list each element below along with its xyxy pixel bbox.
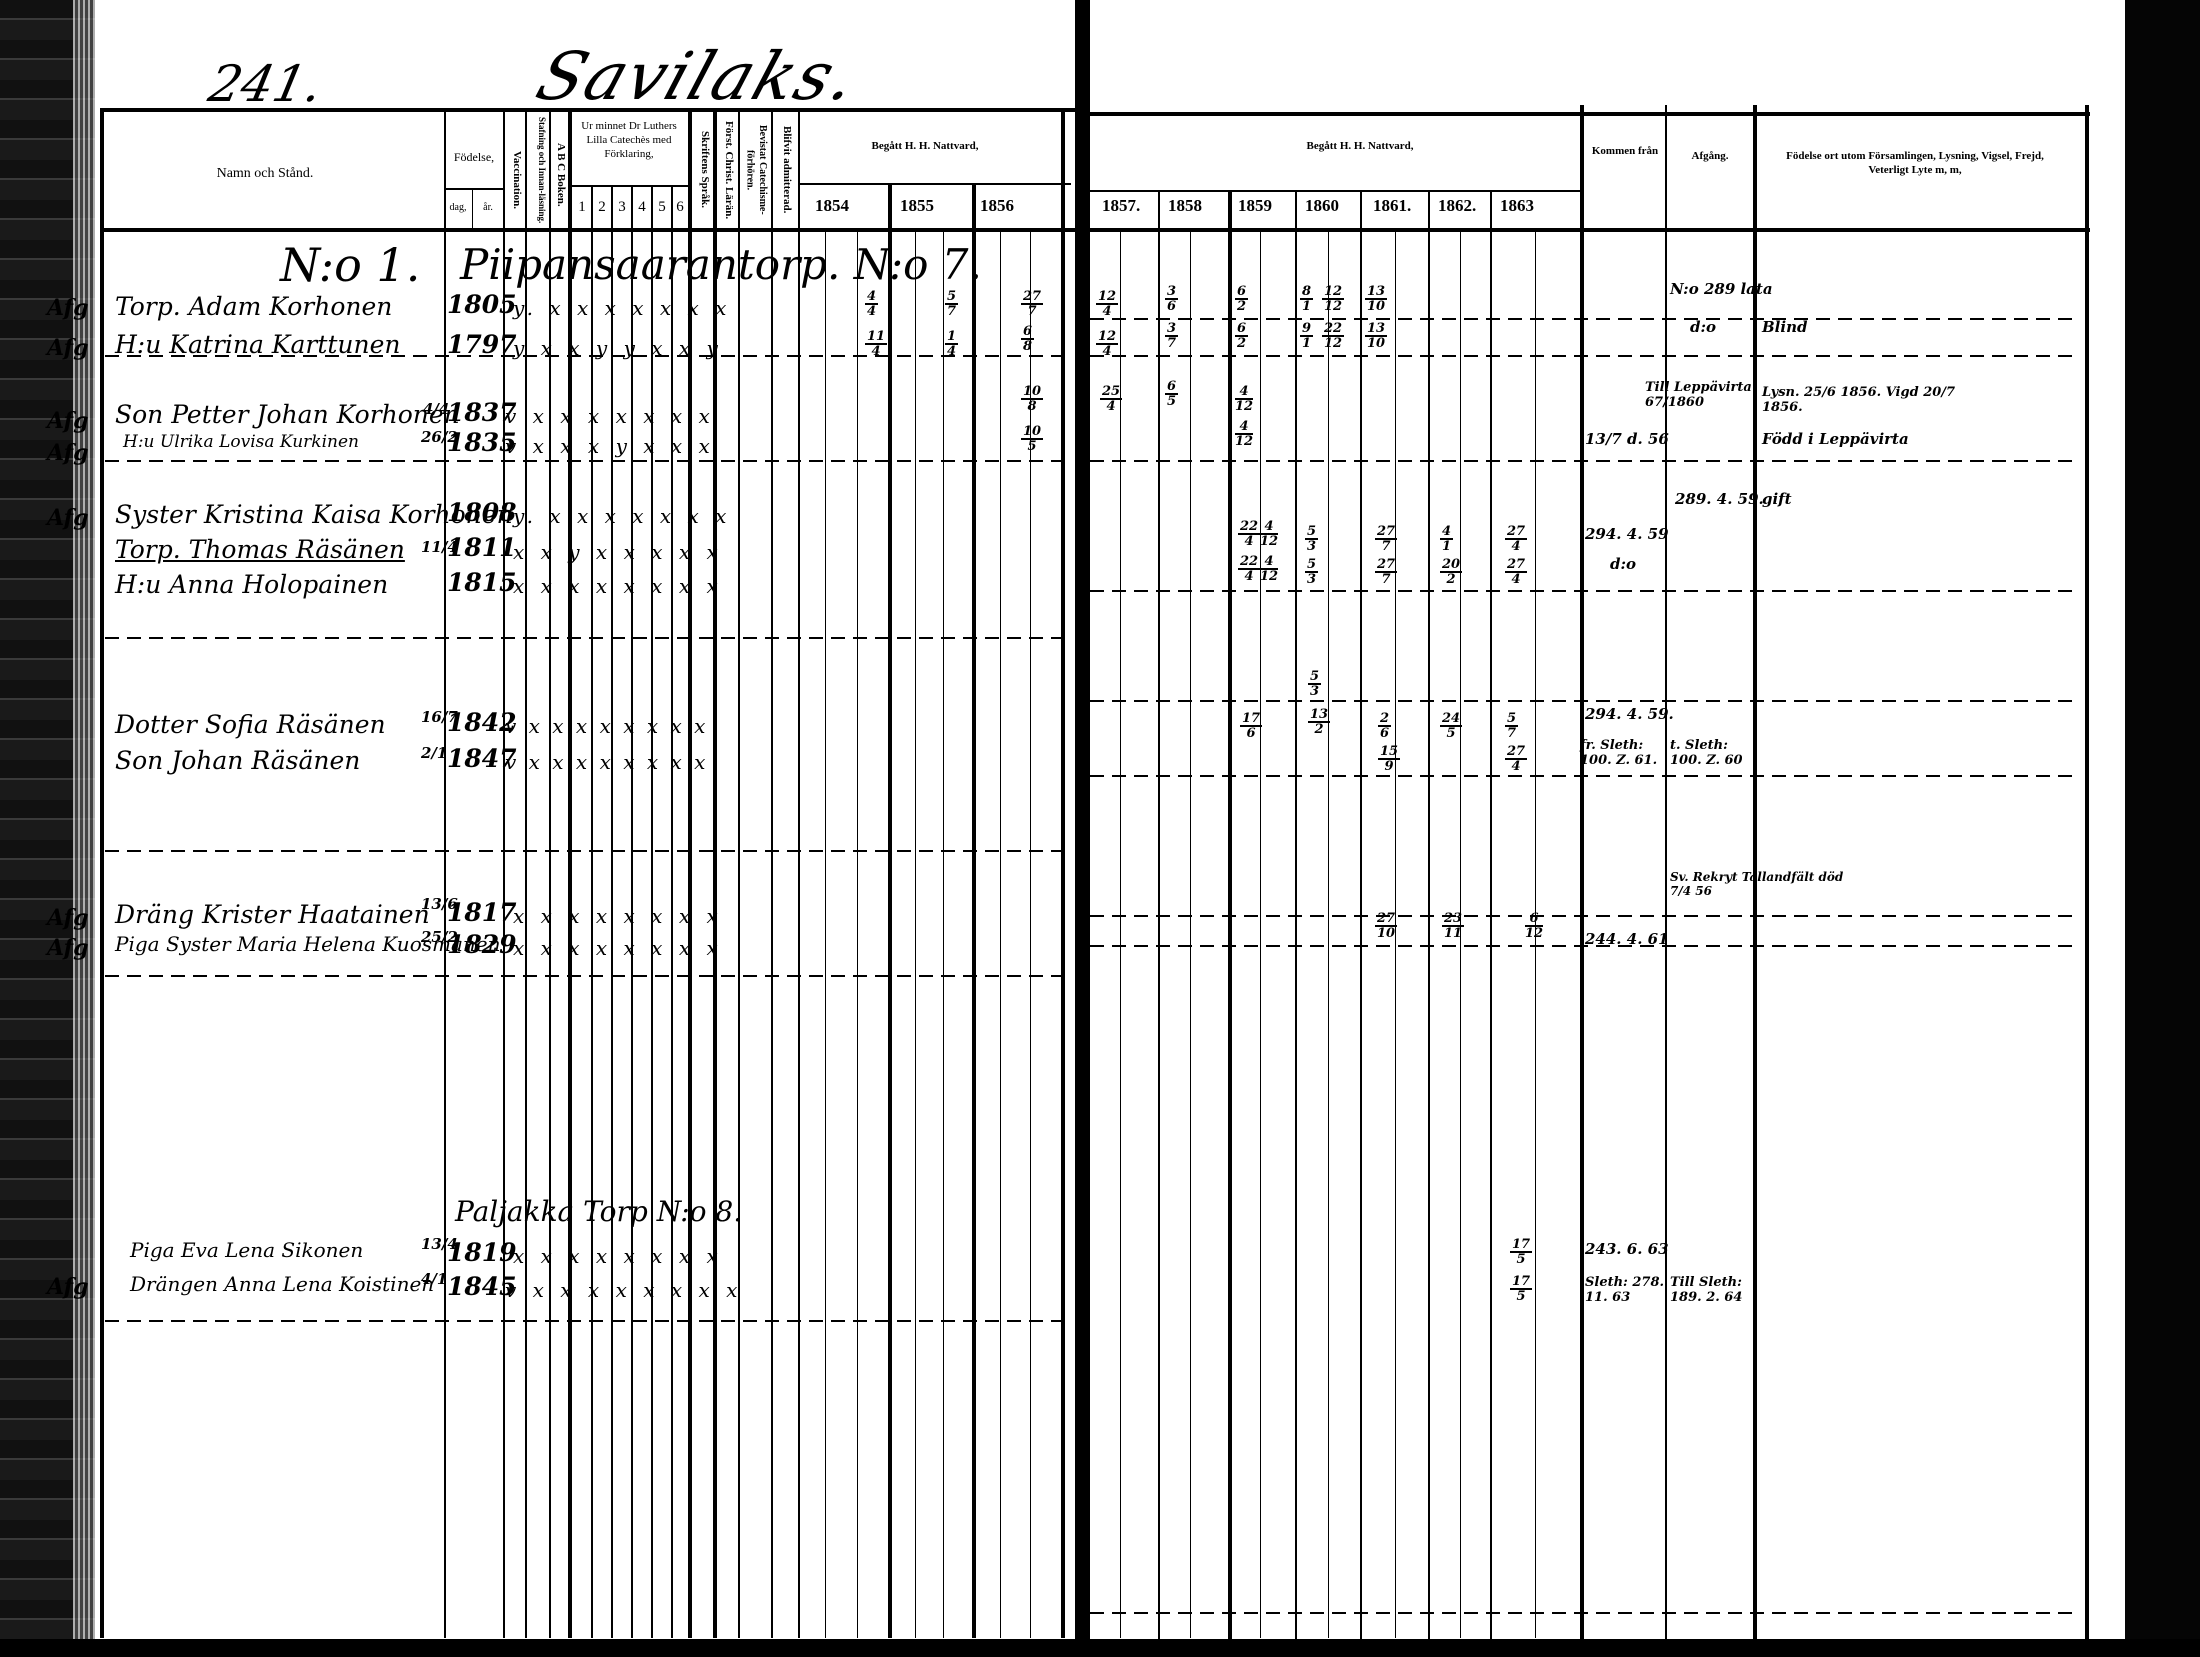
col-rule	[888, 183, 892, 1638]
page-right-rule	[2085, 105, 2089, 1640]
communion-date: 53	[1308, 670, 1321, 698]
member-name: H:u Ulrika Lovisa Kurkinen	[123, 432, 359, 452]
departure-entry: Sv. Rekryt Tallandfält död 7/4 56	[1670, 870, 1850, 898]
col-rule	[1190, 230, 1191, 1638]
communion-date: 68	[1021, 325, 1034, 353]
header-rule	[799, 183, 1071, 185]
page-right-rule	[1061, 108, 1065, 1638]
departure-entry: t. Sleth: 100. Z. 60	[1670, 738, 1755, 768]
margin-note: Afg	[47, 295, 89, 321]
communion-date: 1310	[1365, 285, 1387, 313]
communion-year-1856: 1856	[980, 196, 1014, 216]
member-birth-day: 4/4	[423, 400, 449, 418]
communion-year-1863: 1863	[1500, 196, 1534, 216]
member-marks: y x x y y x x y	[513, 336, 723, 360]
row-rule	[105, 975, 1065, 977]
departure-entry: 289. 4. 59.	[1675, 490, 1764, 508]
departure-entry: Till Leppävirta 67/1860	[1645, 380, 1760, 410]
communion-year-1859: 1859	[1238, 196, 1272, 216]
communion-date: 176	[1240, 712, 1262, 740]
margin-note: Afg	[47, 935, 89, 961]
col-rule	[798, 108, 800, 1638]
communion-date: 412	[1260, 555, 1278, 583]
header-first-christian: Först. Christ. Lärän.	[717, 115, 735, 225]
catechism-part-2: 2	[593, 198, 611, 217]
header-abc-book: A B C Boken.	[551, 125, 567, 225]
scanner-edge-left	[0, 0, 95, 1657]
communion-date: 1212	[1322, 285, 1344, 313]
header-top-rule	[1090, 112, 2090, 116]
member-birth-day: 2/1	[421, 744, 447, 762]
communion-date: 254	[1100, 385, 1122, 413]
book-gutter	[1075, 0, 1090, 1657]
col-rule	[738, 108, 740, 1638]
communion-date: 65	[1165, 380, 1178, 408]
left-margin-rule	[100, 108, 104, 1638]
col-rule	[444, 108, 446, 1638]
communion-year-1862: 1862.	[1438, 196, 1476, 216]
catechism-part-5: 5	[653, 198, 671, 217]
row-rule	[1090, 355, 2080, 357]
remarks-entry: Lysn. 25/6 1856. Vigd 20/7 1856.	[1762, 385, 1962, 415]
header-admitted: Blifvit admitterad.	[775, 115, 793, 225]
header-communion-right: Begått H. H. Nattvard,	[1210, 140, 1510, 154]
arrived-entry: fr. Sleth: 100. Z. 61.	[1580, 738, 1665, 768]
col-rule	[472, 188, 473, 228]
member-name: Torp. Thomas Räsänen	[115, 535, 405, 564]
member-birth-year: 1805	[447, 290, 517, 319]
remarks-entry: gift	[1762, 490, 1792, 508]
communion-year-1857: 1857.	[1102, 196, 1140, 216]
member-marks: x x x x x x x x	[513, 574, 723, 598]
communion-date: 124	[1096, 290, 1118, 318]
communion-date: 245	[1440, 712, 1462, 740]
communion-year-1854: 1854	[815, 196, 849, 216]
communion-date: 2710	[1375, 912, 1397, 940]
member-name: Drängen Anna Lena Koistinen	[130, 1272, 434, 1296]
communion-date: 62	[1235, 322, 1248, 350]
communion-date: 53	[1305, 525, 1318, 553]
communion-date: 124	[1096, 330, 1118, 358]
header-rule	[445, 188, 503, 190]
catechism-part-6: 6	[672, 198, 688, 217]
communion-date: 37	[1165, 322, 1178, 350]
member-marks: v x x x x x x x	[505, 404, 715, 428]
arrived-entry: d:o	[1610, 555, 1636, 573]
margin-note: Afg	[47, 408, 89, 434]
member-name: Dräng Krister Haatainen	[115, 900, 430, 929]
header-name-and-status: Namn och Stånd.	[145, 165, 385, 183]
member-birth-year: 1817	[447, 898, 517, 927]
member-birth-year: 1797	[447, 330, 517, 359]
row-rule	[1090, 1612, 2080, 1614]
communion-date: 57	[945, 290, 958, 318]
arrived-entry: 244. 4. 61	[1585, 930, 1669, 948]
communion-year-1858: 1858	[1168, 196, 1202, 216]
farm-name: Paljakka Torp N:o 8.	[455, 1195, 742, 1228]
header-top-rule	[100, 108, 1075, 112]
member-marks: y. x x x x x x x	[513, 504, 731, 528]
header-remarks: Födelse ort utom Församlingen, Lysning, …	[1770, 150, 2060, 178]
col-rule	[1000, 230, 1001, 1638]
margin-note: Afg	[47, 1274, 89, 1300]
member-marks: v x x x x x x x x	[505, 750, 708, 774]
col-rule	[825, 230, 826, 1638]
remarks-entry: Född i Leppävirta	[1762, 430, 1909, 448]
row-rule	[1090, 460, 2080, 462]
header-rule	[1090, 190, 1580, 192]
departure-entry: d:o	[1690, 318, 1716, 336]
remarks-entry: Blind	[1762, 318, 1807, 336]
member-marks: x x x x x x x x	[513, 1244, 723, 1268]
communion-date: 41	[1440, 525, 1453, 553]
communion-date: 277	[1375, 525, 1397, 553]
communion-date: 108	[1021, 385, 1043, 413]
col-rule	[915, 230, 916, 1638]
header-bottom-rule	[1090, 228, 2090, 232]
margin-note: Afg	[47, 335, 89, 361]
member-name: Son Petter Johan Korhonen	[115, 400, 460, 429]
margin-note: Afg	[47, 505, 89, 531]
communion-date: 412	[1260, 520, 1278, 548]
member-name: H:u Katrina Karttunen	[115, 330, 401, 359]
header-scripture: Skriftens Språk.	[693, 115, 711, 225]
col-rule	[943, 230, 944, 1638]
communion-date: 274	[1505, 745, 1527, 773]
communion-date: 277	[1021, 290, 1043, 318]
communion-date: 53	[1305, 558, 1318, 586]
communion-date: 105	[1021, 425, 1043, 453]
communion-date: 175	[1510, 1238, 1532, 1266]
member-birth-year: 1819	[447, 1238, 517, 1267]
communion-date: 1310	[1365, 322, 1387, 350]
communion-date: 274	[1505, 525, 1527, 553]
catechism-part-1: 1	[573, 198, 591, 217]
col-rule	[1328, 230, 1329, 1638]
member-name: Piga Eva Lena Sikonen	[130, 1238, 363, 1262]
arrived-entry: 294. 4. 59	[1585, 525, 1669, 543]
margin-note: Afg	[47, 905, 89, 931]
communion-date: 224	[1238, 555, 1260, 583]
row-rule	[105, 850, 1065, 852]
member-birth-year: 1829	[447, 930, 517, 959]
communion-date: 36	[1165, 285, 1178, 313]
member-marks: x x x x x x x x	[513, 936, 723, 960]
catechism-part-4: 4	[633, 198, 651, 217]
member-name: Dotter Sofia Räsänen	[115, 710, 386, 739]
communion-date: 612	[1525, 912, 1543, 940]
header-birth-year: år.	[475, 202, 501, 215]
farm-name: Piipansaarantorp. N:o 7.	[460, 240, 982, 289]
communion-date: 2212	[1322, 322, 1344, 350]
communion-date: 175	[1510, 1275, 1532, 1303]
communion-date: 224	[1238, 520, 1260, 548]
member-marks: v x x x x x x x x	[505, 714, 708, 738]
arrived-entry: Sleth: 278. 11. 63	[1585, 1275, 1665, 1305]
row-rule	[1090, 915, 2080, 917]
member-marks: y. x x x x x x x	[513, 296, 731, 320]
communion-date: 26	[1378, 712, 1391, 740]
communion-year-1860: 1860	[1305, 196, 1339, 216]
col-rule	[1120, 230, 1121, 1638]
communion-date: 132	[1308, 708, 1330, 736]
col-rule	[1260, 230, 1261, 1638]
row-rule	[1090, 700, 2080, 702]
header-vaccination: Vaccination.	[505, 135, 523, 225]
member-name: Torp. Adam Korhonen	[115, 292, 392, 321]
communion-date: 412	[1235, 385, 1253, 413]
member-marks: x x y x x x x x	[513, 540, 723, 564]
member-name: Son Johan Räsänen	[115, 746, 360, 775]
header-bottom-rule	[100, 228, 1075, 232]
header-departure: Afgång.	[1670, 150, 1750, 164]
scanner-edge-bottom	[0, 1639, 2200, 1657]
col-rule	[972, 183, 976, 1638]
catechism-part-3: 3	[613, 198, 631, 217]
col-rule	[1665, 105, 1667, 1640]
row-rule	[1090, 590, 2080, 592]
header-arrived-from: Kommen från	[1585, 145, 1665, 159]
member-birth-year: 1815	[447, 568, 517, 597]
member-marks: v x x x y x x x	[505, 434, 715, 458]
communion-date: 202	[1440, 558, 1462, 586]
arrived-entry: 294. 4. 59.	[1585, 705, 1674, 723]
communion-date: 91	[1300, 322, 1313, 350]
margin-note: Afg	[47, 440, 89, 466]
header-catechism: Ur minnet Dr Luthers Lilla Catechès med …	[573, 120, 685, 161]
page-number: 241.	[204, 55, 328, 113]
member-birth-year: 1811	[447, 533, 517, 562]
member-name: H:u Anna Holopainen	[115, 570, 388, 599]
row-rule	[1090, 318, 2080, 320]
col-rule	[1580, 105, 1584, 1640]
right-page: Begått H. H. Nattvard, 1857. 1858 1859 1…	[1090, 0, 2125, 1640]
header-reading: Stafning och Innan-läsning.	[527, 115, 547, 225]
communion-date: 57	[1505, 712, 1518, 740]
household-heading: N:o 1.	[280, 238, 420, 292]
parish-title: Savilaks.	[527, 38, 868, 115]
header-catechism-test: Bevistat Catechisme-förhören.	[742, 115, 768, 225]
header-birth: Födelse,	[445, 150, 503, 165]
member-birth-day: 4/1	[421, 1270, 447, 1288]
communion-date: 44	[865, 290, 878, 318]
member-marks: v x x x x x x x x	[505, 1278, 742, 1302]
row-rule	[105, 1320, 1065, 1322]
header-communion-left: Begått H. H. Nattvard,	[805, 140, 1045, 154]
row-rule	[1090, 775, 2080, 777]
communion-date: 274	[1505, 558, 1527, 586]
communion-date: 62	[1235, 285, 1248, 313]
communion-date: 114	[865, 330, 887, 358]
arrived-entry: 13/7 d. 56	[1585, 430, 1669, 448]
communion-date: 2311	[1442, 912, 1464, 940]
communion-date: 159	[1378, 745, 1400, 773]
col-rule	[771, 108, 773, 1638]
communion-year-1855: 1855	[900, 196, 934, 216]
col-rule	[857, 230, 858, 1638]
header-birth-day: dag,	[447, 202, 469, 215]
departure-entry: Till Sleth: 189. 2. 64	[1670, 1275, 1760, 1305]
left-page: 241. Savilaks. Namn och Stånd. Födelse, …	[95, 0, 1075, 1640]
row-rule	[105, 460, 1065, 462]
communion-date: 81	[1300, 285, 1313, 313]
communion-year-1861: 1861.	[1373, 196, 1411, 216]
row-rule	[105, 637, 1065, 639]
scanner-edge-right	[2125, 0, 2200, 1657]
arrived-entry: 243. 6. 63	[1585, 1240, 1669, 1258]
communion-date: 412	[1235, 420, 1253, 448]
communion-date: 14	[945, 330, 958, 358]
member-birth-year: 1808	[447, 498, 517, 527]
departure-entry: N:o 289 lata	[1670, 280, 1773, 298]
member-marks: x x x x x x x x	[513, 904, 723, 928]
communion-date: 277	[1375, 558, 1397, 586]
